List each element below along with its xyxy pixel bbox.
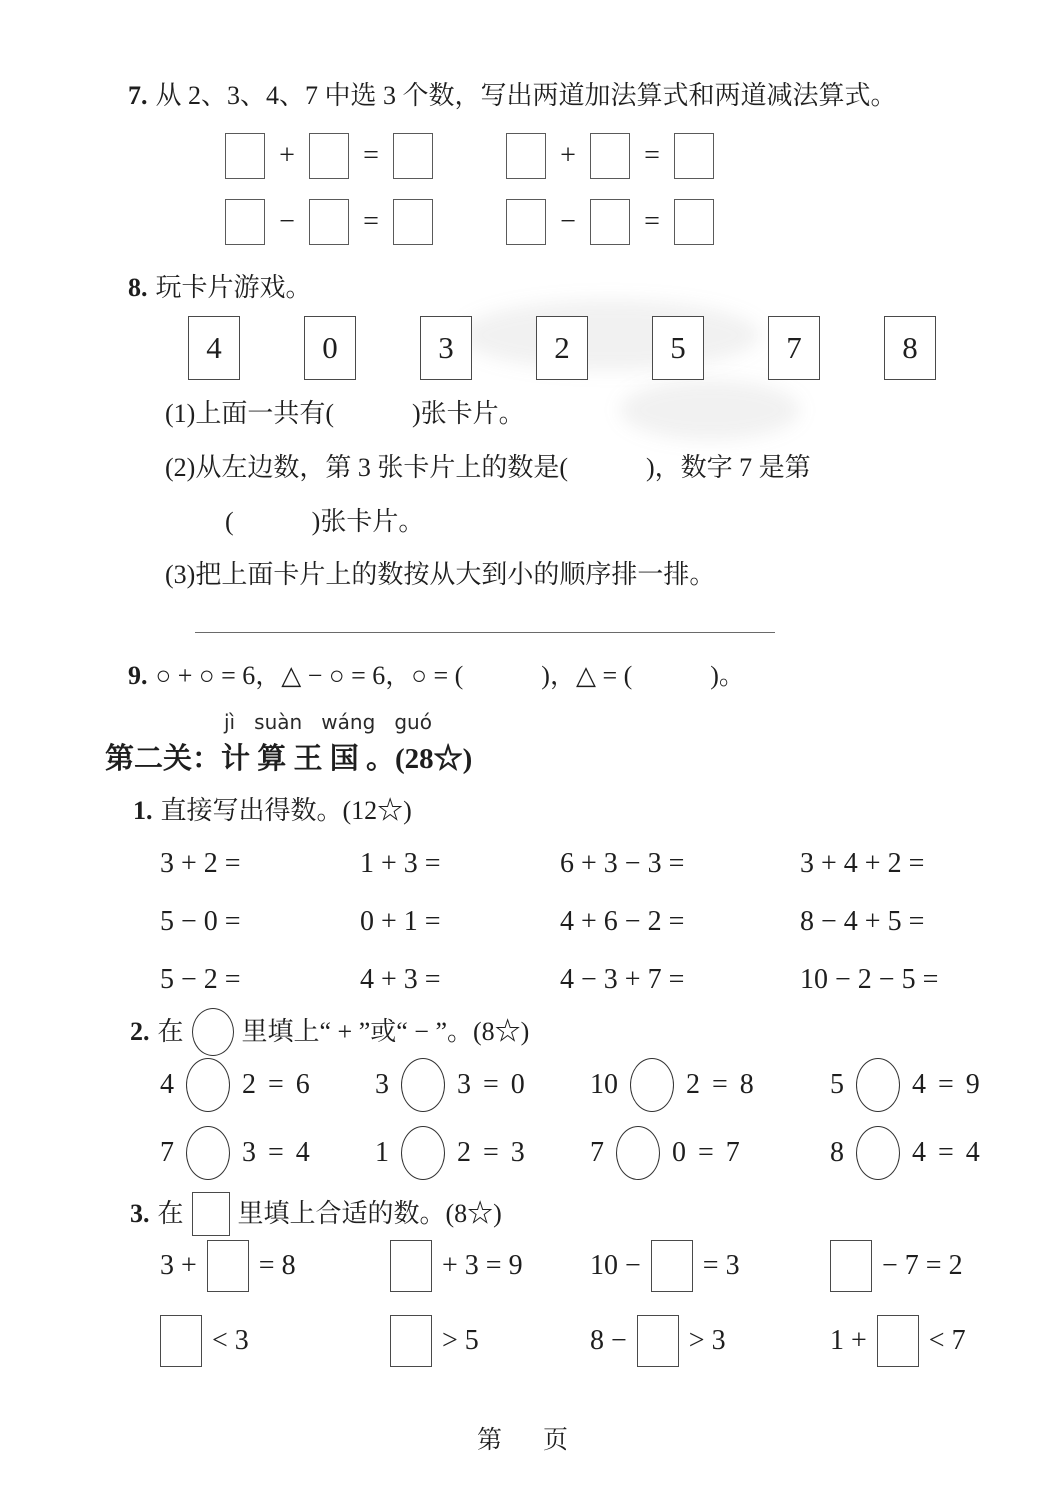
q8-subquestion-1: (1)上面一共有( )张卡片。	[165, 398, 525, 431]
question-number: 8.	[128, 272, 148, 305]
fill-sign-equation: 7 0 = 7	[590, 1126, 830, 1180]
answer-circle	[856, 1058, 900, 1112]
plus-operator: +	[275, 140, 299, 172]
operand: 3	[375, 1069, 389, 1101]
number-card: 2	[536, 316, 588, 380]
operand: 10	[590, 1069, 618, 1101]
answer-box	[225, 199, 265, 245]
operand: 4	[912, 1069, 926, 1101]
q7-subtraction-equation-2: − =	[506, 199, 714, 245]
equals-sign: =	[483, 1137, 499, 1169]
number-card: 3	[420, 316, 472, 380]
answer-box	[590, 199, 630, 245]
equation-prefix: 10 −	[590, 1250, 641, 1282]
answer-box	[830, 1240, 872, 1292]
result: 4	[966, 1137, 980, 1169]
answer-box	[390, 1315, 432, 1367]
answer-circle	[186, 1058, 230, 1112]
result: 9	[966, 1069, 980, 1101]
equals-sign: =	[359, 140, 383, 172]
worksheet-page: 7. 从 2、3、4、7 中选 3 个数，写出两道加法算式和两道减法算式。 + …	[0, 0, 1053, 1500]
answer-box	[674, 133, 714, 179]
answer-box	[590, 133, 630, 179]
question-text: ○ + ○ = 6，△ − ○ = 6，○ = ( )，△ = ( )。	[156, 660, 745, 693]
number-cards-row: 4 0 3 2 5 7 8	[188, 316, 936, 380]
fill-sign-equation: 4 2 = 6	[160, 1058, 375, 1112]
answer-box	[390, 1240, 432, 1292]
number-card: 5	[652, 316, 704, 380]
operand: 3	[457, 1069, 471, 1101]
operand: 4	[160, 1069, 174, 1101]
operand: 4	[912, 1137, 926, 1169]
number-card: 7	[768, 316, 820, 380]
equation: 4 + 3 =	[360, 964, 560, 996]
answer-box	[160, 1315, 202, 1367]
operand: 8	[830, 1137, 844, 1169]
fill-sign-equation: 3 3 = 0	[375, 1058, 590, 1112]
question-7-heading: 7. 从 2、3、4、7 中选 3 个数，写出两道加法算式和两道减法算式。	[128, 80, 897, 113]
answer-box	[506, 199, 546, 245]
equation: 4 + 6 − 2 =	[560, 906, 800, 938]
equation: 0 + 1 =	[360, 906, 560, 938]
answer-box	[225, 133, 265, 179]
answer-circle	[630, 1058, 674, 1112]
calc3-heading: 3. 在 里填上合适的数。(8☆)	[130, 1192, 502, 1236]
question-number: 1.	[133, 795, 153, 828]
calc1-heading: 1. 直接写出得数。(12☆)	[133, 795, 412, 828]
operand: 1	[375, 1137, 389, 1169]
equals-sign: =	[483, 1069, 499, 1101]
answer-box	[207, 1240, 249, 1292]
operand: 3	[242, 1137, 256, 1169]
question-text: 从 2、3、4、7 中选 3 个数，写出两道加法算式和两道减法算式。	[156, 80, 897, 113]
answer-circle	[401, 1126, 445, 1180]
pinyin-annotation: jì suàn wáng guó	[224, 710, 432, 734]
answer-line	[195, 632, 775, 633]
operand: 7	[590, 1137, 604, 1169]
q8-subquestion-2-line1: (2)从左边数，第 3 张卡片上的数是( )，数字 7 是第	[165, 452, 811, 485]
calc1-equation-grid: 3 + 2 = 1 + 3 = 6 + 3 − 3 = 3 + 4 + 2 = …	[160, 848, 938, 996]
operand: 0	[672, 1137, 686, 1169]
question-number: 9.	[128, 660, 148, 693]
fill-sign-equation: 7 3 = 4	[160, 1126, 375, 1180]
answer-box	[651, 1240, 693, 1292]
fill-number-inequality: > 5	[390, 1315, 590, 1367]
calc2-equation-row-1: 4 2 = 6 3 3 = 0 10 2 = 8 5 4 = 9	[160, 1058, 980, 1112]
equation: 4 − 3 + 7 =	[560, 964, 800, 996]
equals-sign: =	[698, 1137, 714, 1169]
question-8-heading: 8. 玩卡片游戏。	[128, 272, 312, 305]
equals-sign: =	[640, 140, 664, 172]
answer-circle	[616, 1126, 660, 1180]
heading-suffix: 里填上“ + ”或“ − ”。(8☆)	[242, 1016, 530, 1049]
sample-box	[192, 1192, 230, 1236]
question-number: 3.	[130, 1198, 150, 1231]
answer-circle	[856, 1126, 900, 1180]
fill-number-equation: − 7 = 2	[830, 1240, 963, 1292]
number-card: 0	[304, 316, 356, 380]
answer-circle	[401, 1058, 445, 1112]
fill-number-inequality: < 3	[160, 1315, 390, 1367]
question-text: 直接写出得数。(12☆)	[161, 795, 412, 828]
equation-suffix: = 8	[259, 1250, 296, 1282]
result: 8	[740, 1069, 754, 1101]
q8-subquestion-2-line2: ( )张卡片。	[225, 506, 424, 539]
equation: 8 − 4 + 5 =	[800, 906, 938, 938]
equals-sign: =	[938, 1069, 954, 1101]
equals-sign: =	[359, 206, 383, 238]
equation: 1 + 3 =	[360, 848, 560, 880]
heading-prefix: 在	[158, 1198, 184, 1231]
result: 6	[296, 1069, 310, 1101]
answer-box	[506, 133, 546, 179]
equation: 10 − 2 − 5 =	[800, 964, 938, 996]
calc3-equation-row-2: < 3 > 5 8 − > 3 1 + < 7	[160, 1315, 966, 1367]
heading-prefix: 在	[158, 1016, 184, 1049]
q7-equation-row: + = + =	[225, 133, 714, 179]
fill-sign-equation: 5 4 = 9	[830, 1058, 980, 1112]
answer-box	[393, 199, 433, 245]
calc2-equation-row-2: 7 3 = 4 1 2 = 3 7 0 = 7 8 4 = 4	[160, 1126, 980, 1180]
equation-prefix: 1 +	[830, 1325, 867, 1357]
operand: 7	[160, 1137, 174, 1169]
question-number: 7.	[128, 80, 148, 113]
equation-suffix: + 3 = 9	[442, 1250, 523, 1282]
fill-sign-equation: 10 2 = 8	[590, 1058, 830, 1112]
question-number: 2.	[130, 1016, 150, 1049]
question-9: 9. ○ + ○ = 6，△ − ○ = 6，○ = ( )，△ = ( )。	[128, 660, 745, 693]
section-2-title: 第二关：计 算 王 国 。(28☆)	[105, 736, 472, 777]
fill-number-equation: 10 − = 3	[590, 1240, 830, 1292]
result: 4	[296, 1137, 310, 1169]
operand: 2	[457, 1137, 471, 1169]
scan-smudge	[620, 380, 800, 440]
equation-suffix: < 7	[929, 1325, 966, 1357]
fill-number-inequality: 8 − > 3	[590, 1315, 830, 1367]
answer-box	[877, 1315, 919, 1367]
minus-operator: −	[275, 206, 299, 238]
q7-addition-equation-2: + =	[506, 133, 714, 179]
q7-equation-area: + = + = − = −	[225, 133, 714, 245]
plus-operator: +	[556, 140, 580, 172]
equals-sign: =	[268, 1137, 284, 1169]
number-card: 8	[884, 316, 936, 380]
calc3-equation-row-1: 3 + = 8 + 3 = 9 10 − = 3 − 7 = 2	[160, 1240, 963, 1292]
calc2-heading: 2. 在 里填上“ + ”或“ − ”。(8☆)	[130, 1008, 529, 1056]
result: 7	[726, 1137, 740, 1169]
number-card: 4	[188, 316, 240, 380]
answer-box	[637, 1315, 679, 1367]
question-text: 玩卡片游戏。	[156, 272, 312, 305]
fill-sign-equation: 1 2 = 3	[375, 1126, 590, 1180]
equation-suffix: > 3	[689, 1325, 726, 1357]
equation-suffix: = 3	[703, 1250, 740, 1282]
fill-number-equation: 3 + = 8	[160, 1240, 390, 1292]
equation: 5 − 2 =	[160, 964, 360, 996]
operand: 2	[686, 1069, 700, 1101]
result: 0	[511, 1069, 525, 1101]
equation-suffix: − 7 = 2	[882, 1250, 963, 1282]
q7-subtraction-equation-1: − =	[225, 199, 433, 245]
equation-prefix: 8 −	[590, 1325, 627, 1357]
equals-sign: =	[640, 206, 664, 238]
minus-operator: −	[556, 206, 580, 238]
equals-sign: =	[268, 1069, 284, 1101]
heading-suffix: 里填上合适的数。(8☆)	[238, 1198, 502, 1231]
equals-sign: =	[938, 1137, 954, 1169]
equation: 3 + 4 + 2 =	[800, 848, 938, 880]
q8-subquestion-3: (3)把上面卡片上的数按从大到小的顺序排一排。	[165, 559, 715, 592]
q7-addition-equation-1: + =	[225, 133, 433, 179]
equation-prefix: 3 +	[160, 1250, 197, 1282]
answer-circle	[186, 1126, 230, 1180]
equation-suffix: < 3	[212, 1325, 249, 1357]
q7-equation-row: − = − =	[225, 199, 714, 245]
equation: 3 + 2 =	[160, 848, 360, 880]
equation: 5 − 0 =	[160, 906, 360, 938]
answer-box	[674, 199, 714, 245]
answer-box	[309, 133, 349, 179]
fill-number-equation: + 3 = 9	[390, 1240, 590, 1292]
equation: 6 + 3 − 3 =	[560, 848, 800, 880]
answer-box	[309, 199, 349, 245]
operand: 5	[830, 1069, 844, 1101]
equation-suffix: > 5	[442, 1325, 479, 1357]
answer-box	[393, 133, 433, 179]
fill-number-inequality: 1 + < 7	[830, 1315, 966, 1367]
sample-circle	[192, 1008, 234, 1056]
equals-sign: =	[712, 1069, 728, 1101]
fill-sign-equation: 8 4 = 4	[830, 1126, 980, 1180]
operand: 2	[242, 1069, 256, 1101]
page-number-footer: 第 页	[0, 1420, 1053, 1456]
result: 3	[511, 1137, 525, 1169]
